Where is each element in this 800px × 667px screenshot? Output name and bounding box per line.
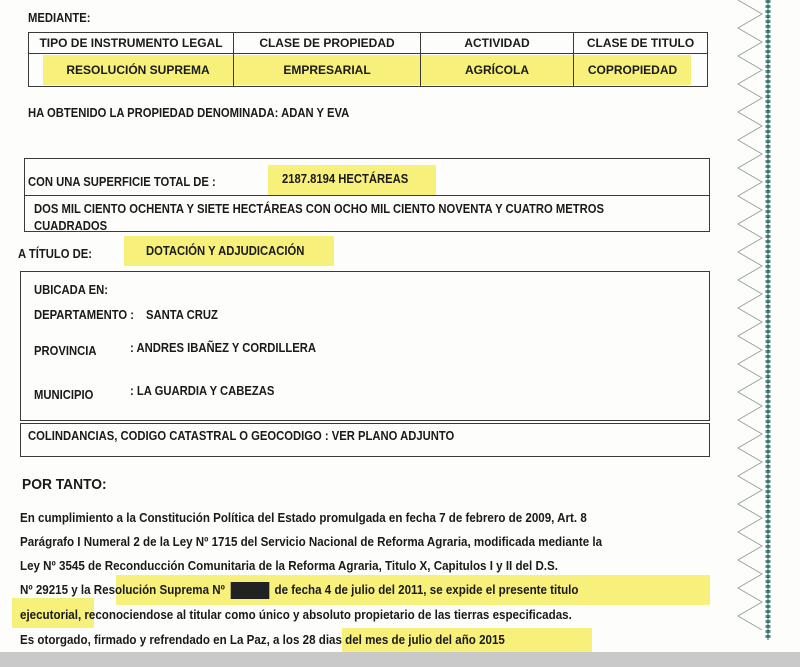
- title-type-label: A TÍTULO DE:: [18, 247, 92, 261]
- value-actividad: AGRÍCOLA: [421, 55, 573, 85]
- body-line-3a: Ley Nº 3545 de: [20, 559, 105, 573]
- instrument-table: TIPO DE INSTRUMENTO LEGAL CLASE DE PROPI…: [28, 32, 708, 87]
- departamento-label: DEPARTAMENTO :: [34, 308, 134, 322]
- boundaries-text: COLINDANCIAS, CODIGO CATASTRAL O GEOCODI…: [28, 429, 454, 443]
- value-clase-titulo: COPROPIEDAD: [574, 55, 691, 85]
- value-clase-propiedad: EMPRESARIAL: [234, 55, 420, 85]
- departamento-value: SANTA CRUZ: [146, 308, 218, 322]
- location-heading: UBICADA EN:: [34, 283, 108, 297]
- location-box: [20, 271, 710, 421]
- body-line-6a: Es otorgado, firmado y refrendado en La …: [20, 633, 303, 647]
- header-clase-propiedad: CLASE DE PROPIEDAD: [234, 33, 421, 54]
- value-tipo-instrumento: RESOLUCIÓN SUPREMA: [43, 55, 233, 85]
- body-line-5b: reconociendose al titular como único y a…: [81, 608, 572, 622]
- surface-in-words: DOS MIL CIENTO OCHENTA Y SIETE HECTÁREAS…: [34, 202, 604, 216]
- bottom-edge: [0, 652, 800, 667]
- provincia-value: : ANDRES IBAÑEZ Y CORDILLERA: [130, 341, 316, 355]
- surface-value: 2187.8194 HECTÁREAS: [282, 172, 408, 186]
- redacted-number: [230, 582, 269, 599]
- body-line-6: Es otorgado, firmado y refrendado en La …: [20, 628, 655, 652]
- surface-label: CON UNA SUPERFICIE TOTAL DE :: [28, 175, 216, 189]
- header-clase-titulo: CLASE DE TITULO: [574, 33, 708, 54]
- body-line-2: Parágrafo I Numeral 2 de la Ley Nº 1715 …: [20, 530, 655, 554]
- header-actividad: ACTIVIDAD: [421, 33, 574, 54]
- por-tanto-heading: POR TANTO:: [22, 476, 107, 493]
- body-line-4b: Resolución Suprema Nº: [94, 583, 225, 597]
- body-line-3b: Reconducción Comunitaria de la Reforma A…: [105, 559, 558, 573]
- mediante-heading: MEDIANTE:: [28, 11, 91, 25]
- title-type-value: DOTACIÓN Y ADJUDICACIÓN: [146, 244, 304, 258]
- property-name-line: HA OBTENIDO LA PROPIEDAD DENOMINADA: ADA…: [28, 106, 349, 120]
- body-line-4c: de fecha 4 de julio del 2011, se expide …: [275, 583, 579, 597]
- surface-in-words-cont: CUADRADOS: [34, 219, 107, 233]
- body-line-3: Ley Nº 3545 de Reconducción Comunitaria …: [20, 554, 655, 578]
- body-line-1: En cumplimiento a la Constitución Políti…: [20, 506, 655, 530]
- municipio-label: MUNICIPIO: [34, 388, 93, 402]
- body-line-5: ejecutorial, reconociendose al titular c…: [20, 603, 655, 627]
- municipio-value: : LA GUARDIA Y CABEZAS: [130, 384, 274, 398]
- decorative-border: [728, 0, 780, 640]
- body-line-4a: Nº 29215 y la: [20, 583, 94, 597]
- provincia-label: PROVINCIA: [34, 344, 97, 358]
- body-line-6b: 28 dias del mes de julio del año 2015: [303, 633, 505, 647]
- body-line-4: Nº 29215 y la Resolución Suprema Nºde fe…: [20, 578, 655, 602]
- header-tipo-instrumento: TIPO DE INSTRUMENTO LEGAL: [29, 33, 234, 54]
- body-line-5a: ejecutorial,: [20, 608, 81, 622]
